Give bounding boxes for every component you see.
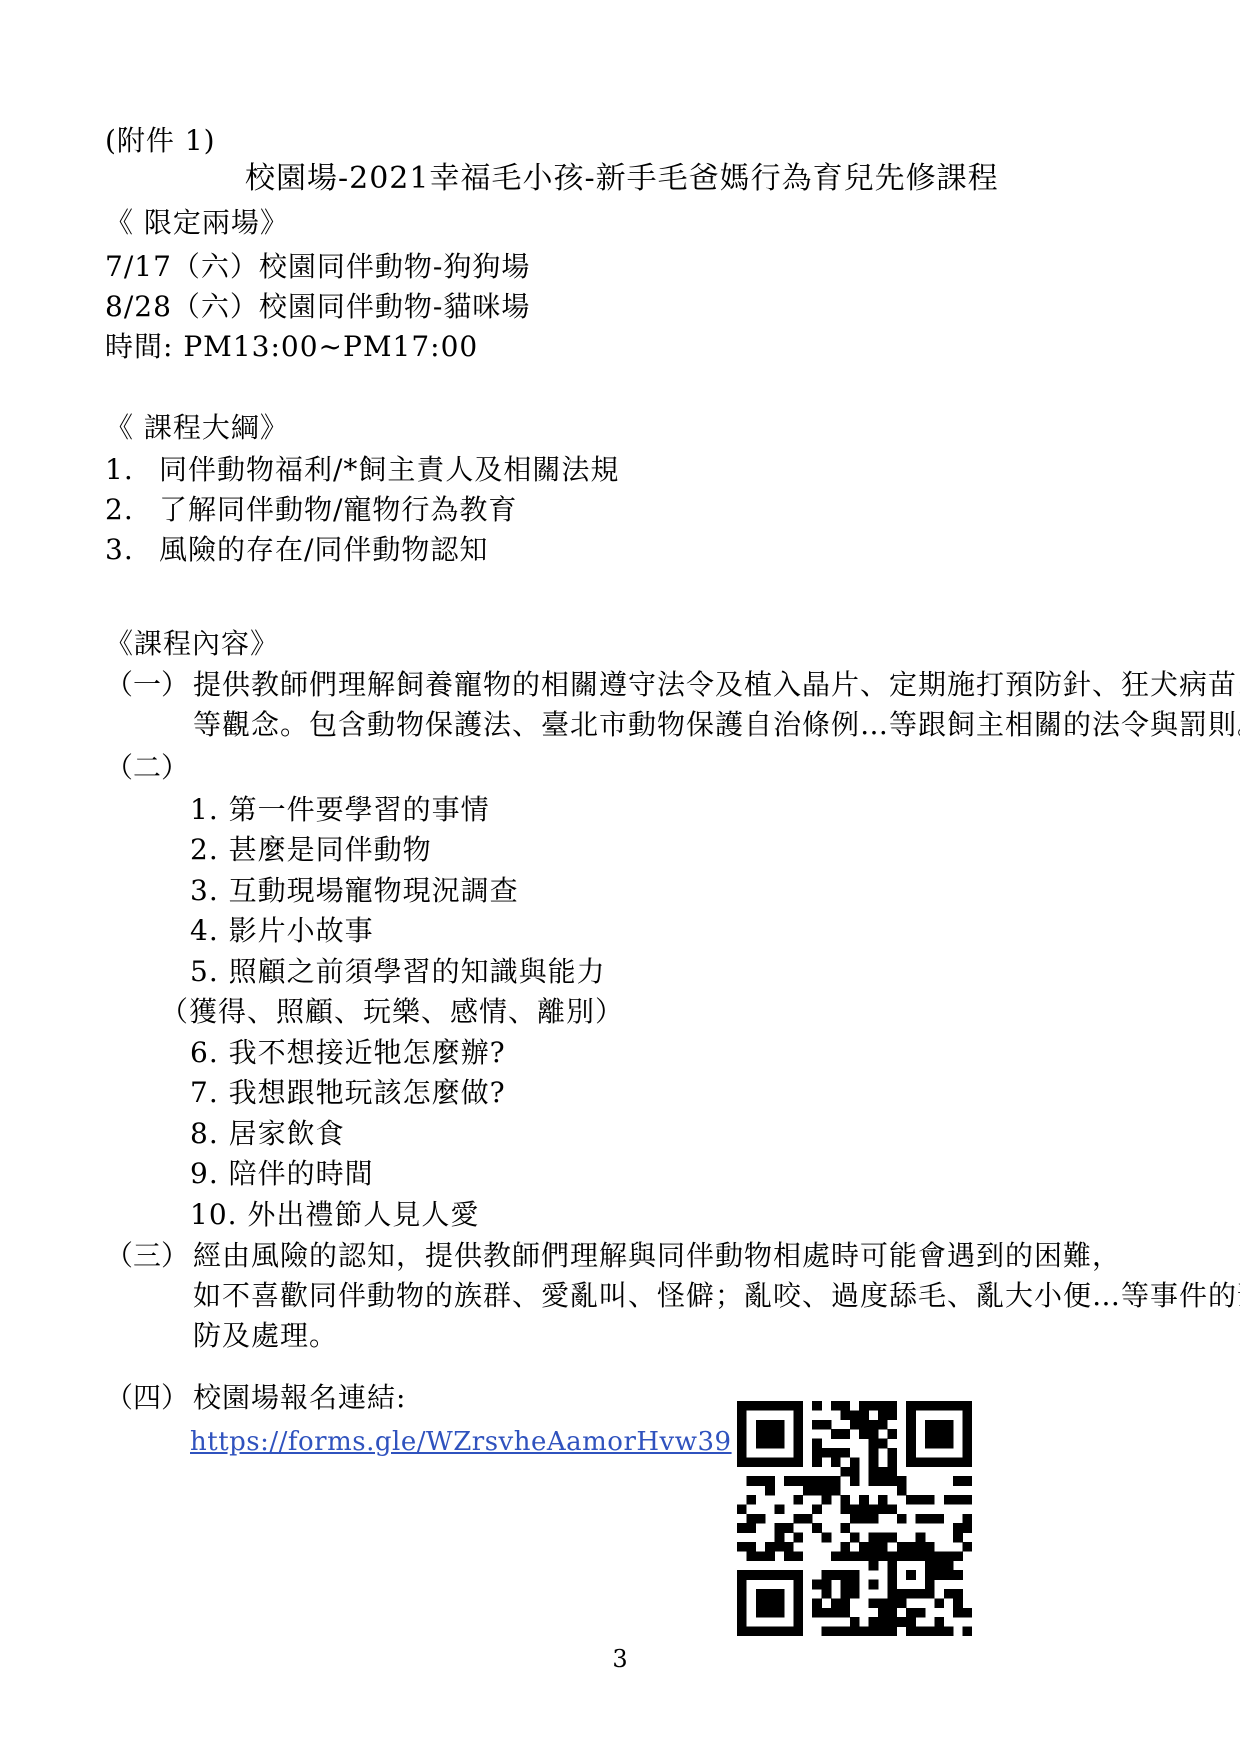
sublist-item: 5. 照顧之前須學習的知識與能力 — [190, 955, 606, 989]
sessions-heading: 《 限定兩場》 — [105, 206, 289, 240]
section-3-text-line: 防及處理。 — [193, 1319, 338, 1353]
session-time-line: 時間: PM13:00~PM17:00 — [105, 330, 478, 364]
sublist-item: 10. 外出禮節人見人愛 — [190, 1198, 479, 1232]
session-dog-line: 7/17（六）校園同伴動物-狗狗場 — [105, 250, 530, 284]
outline-item: 1.同伴動物福利/*飼主責人及相關法規 — [105, 453, 619, 487]
sublist-item: 3. 互動現場寵物現況調查 — [190, 874, 519, 908]
sublist-item: 2. 甚麼是同伴動物 — [190, 833, 432, 867]
sublist-item: 8. 居家飲食 — [190, 1117, 345, 1151]
outline-item-number: 1. — [105, 453, 159, 487]
section-3-text-line: 經由風險的認知，提供教師們理解與同伴動物相處時可能會遇到的困難， — [193, 1239, 1121, 1273]
course-title: 校園場-2021幸福毛小孩-新手毛爸媽行為育兒先修課程 — [245, 162, 999, 196]
section-1-label: （一） — [105, 668, 189, 702]
page-number: 3 — [0, 1645, 1240, 1673]
outline-item-text: 同伴動物福利/*飼主責人及相關法規 — [159, 453, 619, 486]
outline-item-number: 2. — [105, 493, 159, 527]
section-3-label: （三） — [105, 1239, 189, 1273]
signup-link[interactable]: https://forms.gle/WZrsvheAamorHvw39 — [190, 1427, 732, 1457]
sublist-item: 9. 陪伴的時間 — [190, 1157, 374, 1191]
document-page: (附件 1) 校園場-2021幸福毛小孩-新手毛爸媽行為育兒先修課程 《 限定兩… — [0, 0, 1240, 1754]
section-1-text-line: 提供教師們理解飼養寵物的相關遵守法令及植入晶片、定期施打預防針、狂犬病苗… — [193, 668, 1240, 702]
outline-item: 3.風險的存在/同伴動物認知 — [105, 533, 488, 567]
sublist-item: 4. 影片小故事 — [190, 914, 374, 948]
attachment-note: (附件 1) — [105, 124, 216, 158]
outline-item-text: 了解同伴動物/寵物行為教育 — [159, 493, 517, 526]
session-cat-line: 8/28（六）校園同伴動物-貓咪場 — [105, 290, 530, 324]
sublist-item: 1. 第一件要學習的事情 — [190, 793, 490, 827]
outline-item: 2.了解同伴動物/寵物行為教育 — [105, 493, 517, 527]
outline-item-text: 風險的存在/同伴動物認知 — [159, 533, 488, 566]
outline-item-number: 3. — [105, 533, 159, 567]
section-2-label: （二） — [105, 751, 189, 785]
signup-label: 校園場報名連結: — [193, 1381, 406, 1415]
qr-code-image — [737, 1401, 972, 1636]
outline-heading: 《 課程大綱》 — [105, 411, 289, 445]
sublist-item-note: （獲得、照顧、玩樂、感情、離別） — [160, 995, 624, 1029]
section-1-text-line: 等觀念。包含動物保護法、臺北市動物保護自治條例…等跟飼主相關的法令與罰則。 — [193, 708, 1240, 742]
signup-link-line: https://forms.gle/WZrsvheAamorHvw39 — [190, 1424, 732, 1459]
section-3-text-line: 如不喜歡同伴動物的族群、愛亂叫、怪僻；亂咬、過度舔毛、亂大小便…等事件的預 — [193, 1279, 1240, 1313]
section-4-label: （四） — [105, 1381, 189, 1415]
sublist-item: 6. 我不想接近牠怎麼辦? — [190, 1036, 506, 1070]
content-heading: 《課程內容》 — [105, 627, 279, 661]
sublist-item: 7. 我想跟牠玩該怎麼做? — [190, 1076, 506, 1110]
